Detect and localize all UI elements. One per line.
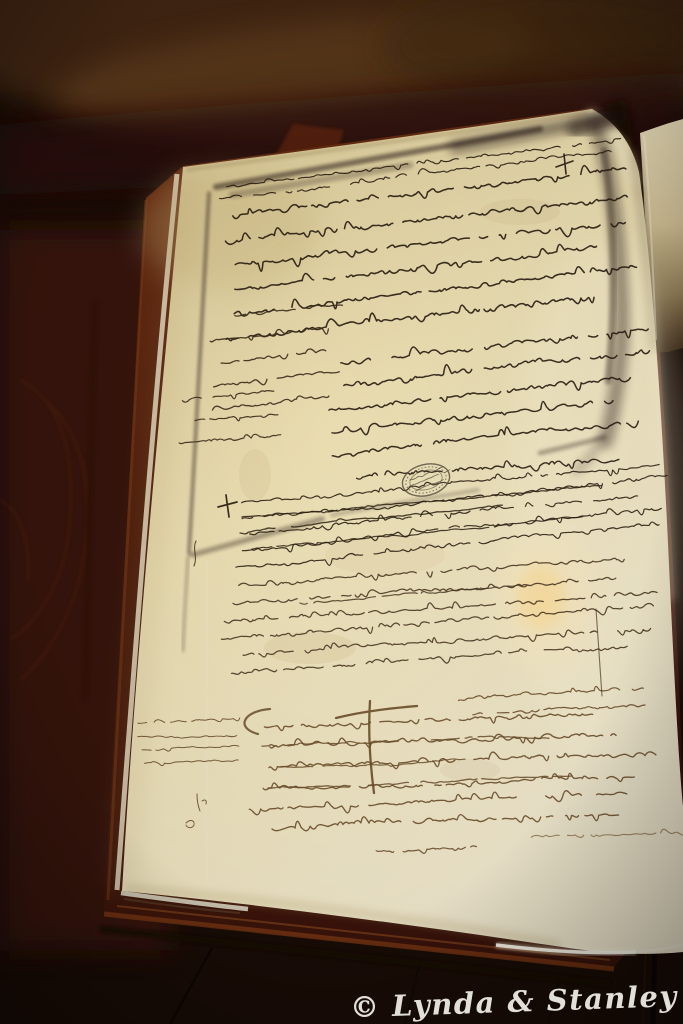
vignette xyxy=(0,0,683,1024)
manuscript-photo-scene: © Lynda & Stanley xyxy=(0,0,683,1024)
photograph-of-manuscript: © Lynda & Stanley xyxy=(0,0,683,1024)
